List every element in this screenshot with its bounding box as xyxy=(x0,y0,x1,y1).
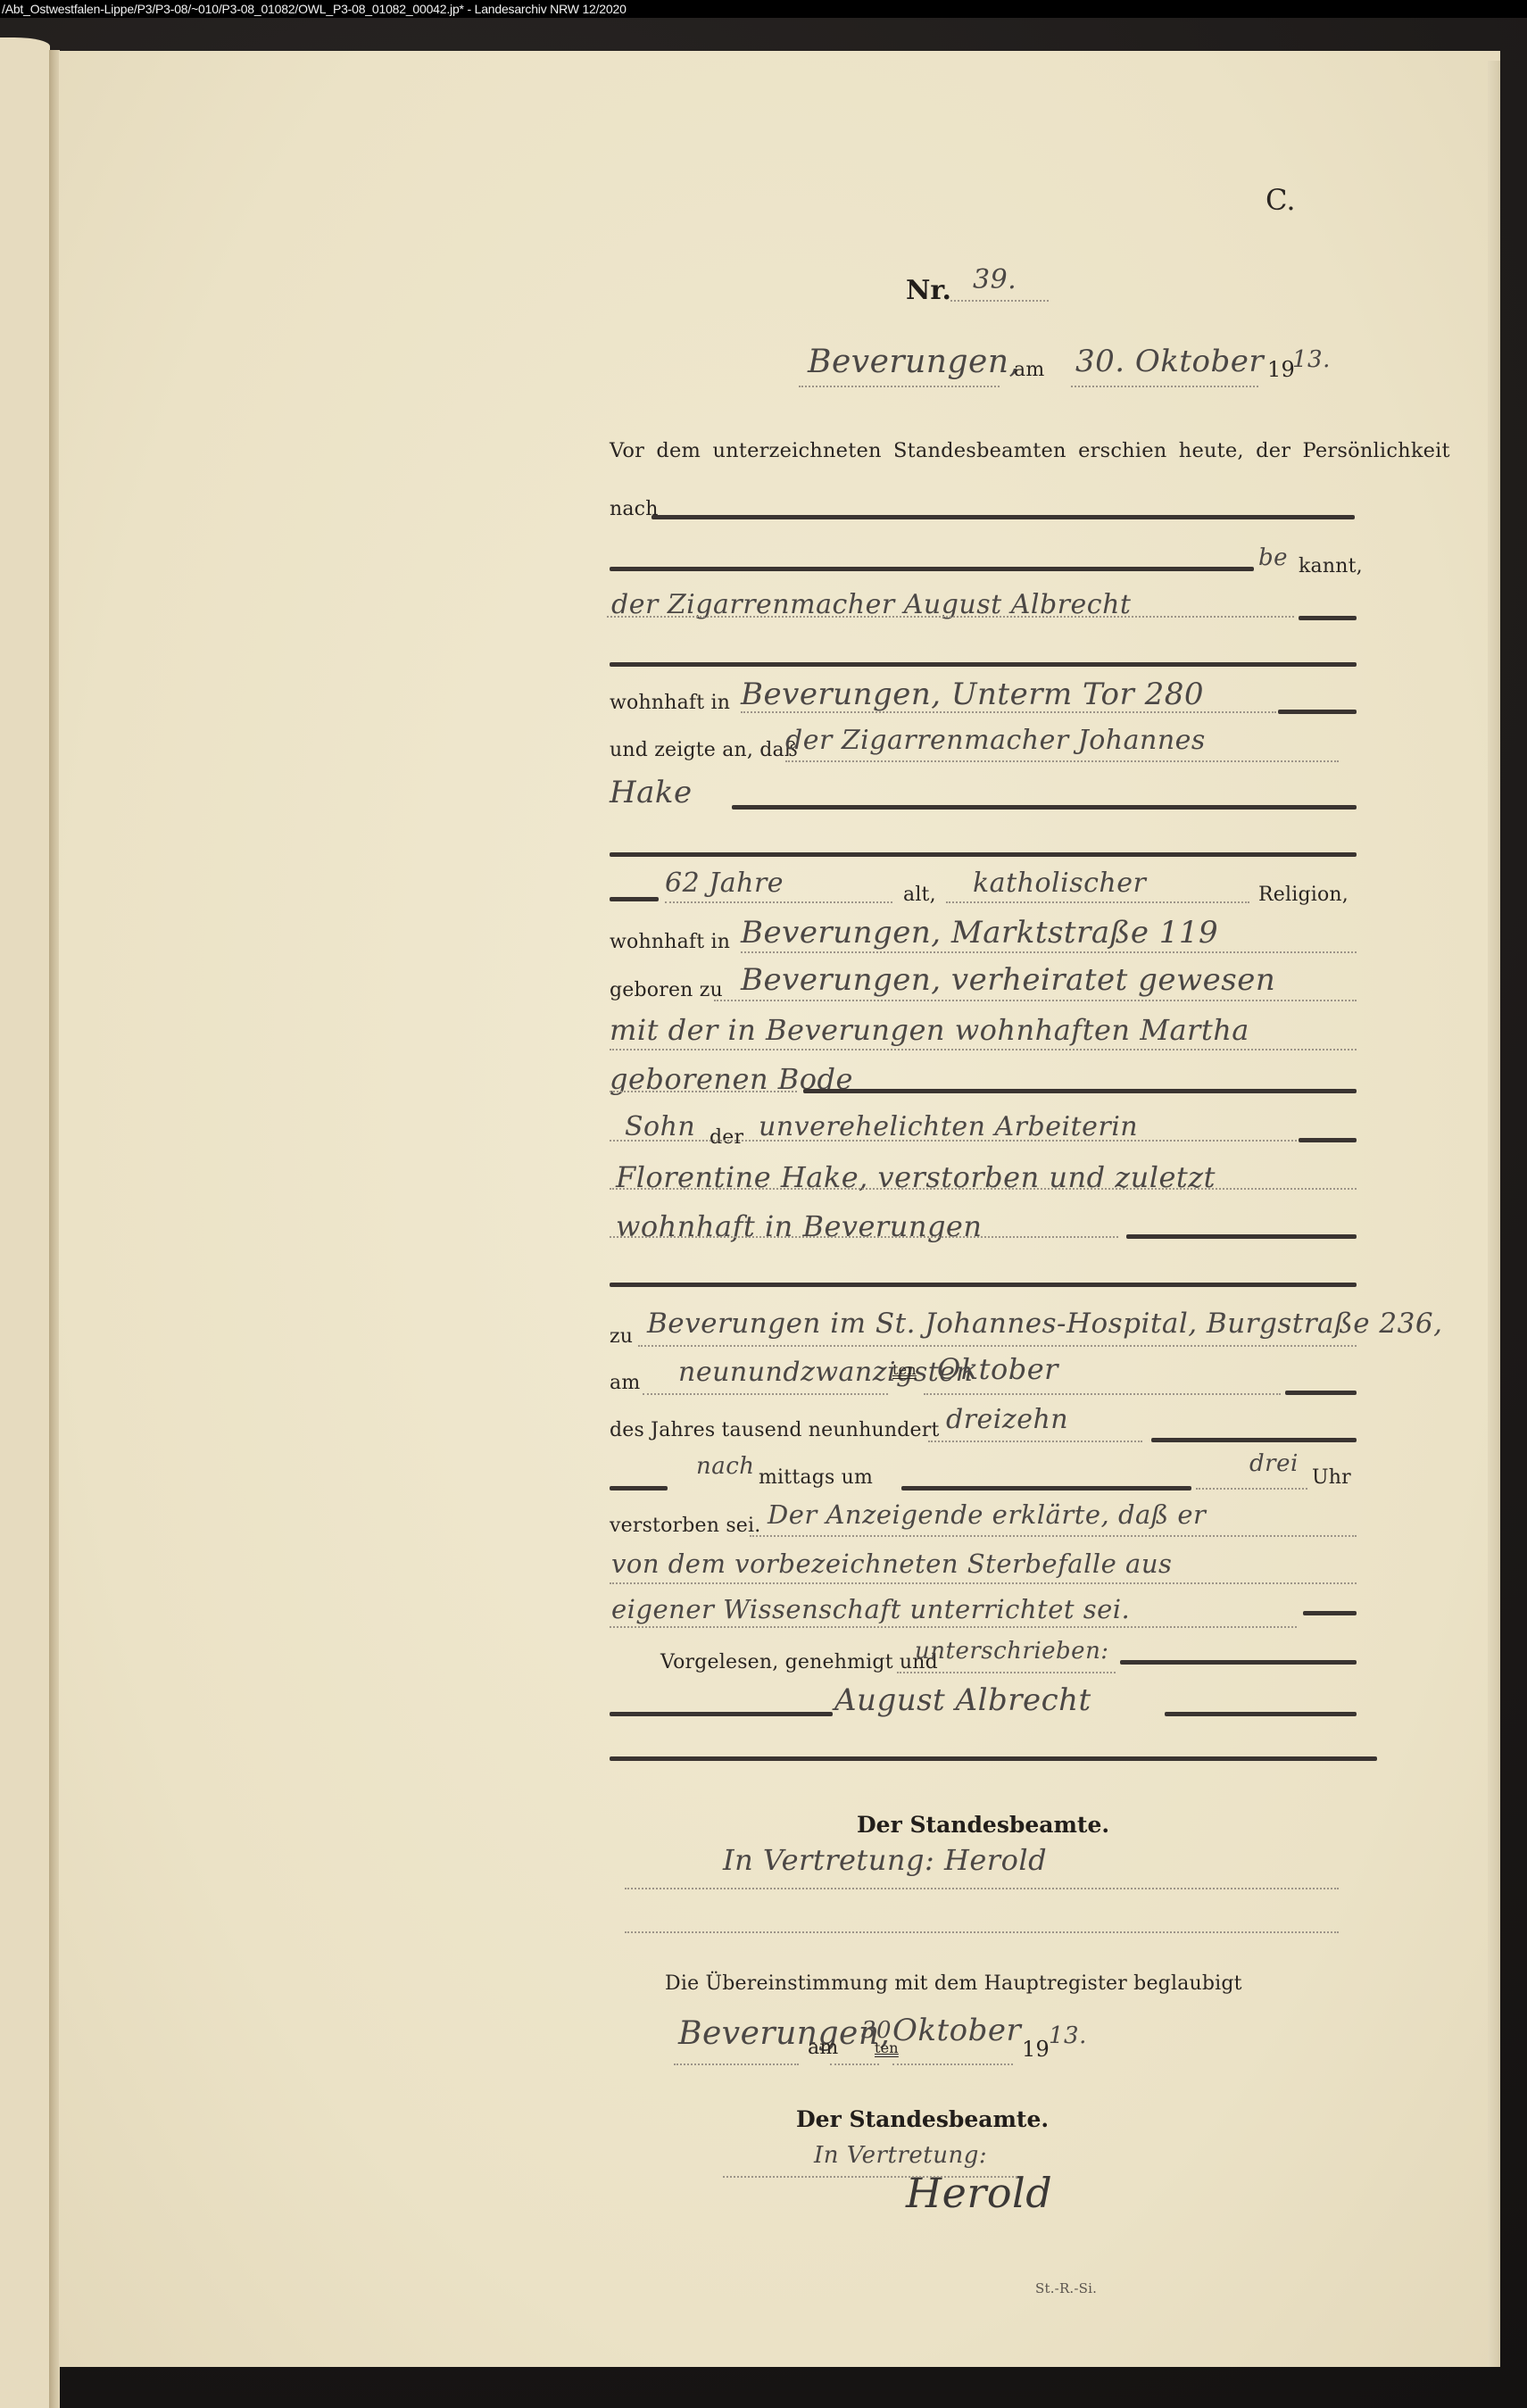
unterschrieben-hand: unterschrieben: xyxy=(915,1638,1109,1665)
statement-line-3: eigener Wissenschaft unterrichtet sei. xyxy=(611,1594,1130,1624)
death-day-dots xyxy=(643,1393,888,1395)
uhr-label: Uhr xyxy=(1312,1466,1351,1489)
religion-label: Religion, xyxy=(1258,884,1349,906)
bekannt-hand: be xyxy=(1258,544,1288,571)
certification-text: Die Übereinstimmung mit dem Hauptregiste… xyxy=(665,1972,1242,1995)
record-place: Beverungen, xyxy=(808,344,1019,380)
residence-dots xyxy=(741,711,1276,713)
ten-label: ten xyxy=(892,1361,917,1378)
statement-line-1: Der Anzeigende erklärte, daß er xyxy=(768,1499,1206,1530)
official-title: Der Standesbeamte. xyxy=(857,1812,1109,1838)
left-page-edge xyxy=(0,37,50,2408)
der-label: der xyxy=(710,1126,743,1149)
cert-year-prefix: 19 xyxy=(1022,2037,1050,2062)
parents-line-3: wohnhaft in Beverungen xyxy=(616,1209,982,1243)
window-title-bar: /Abt_Ostwestfalen-Lippe/P3/P3-08/~010/P3… xyxy=(0,0,1527,18)
blank-rule xyxy=(610,567,1254,571)
cert-year-suffix: 13. xyxy=(1049,2022,1087,2049)
sohn-value: Sohn xyxy=(625,1111,695,1142)
cert-day-dots xyxy=(830,2063,879,2065)
statement-dots xyxy=(750,1535,1357,1537)
cert-place: Beverungen, xyxy=(678,2015,890,2052)
deceased-line-1: der Zigarrenmacher Johannes xyxy=(785,725,1206,756)
geboren-label: geboren zu xyxy=(610,979,723,1001)
blank-rule xyxy=(803,1089,1357,1093)
death-place-dots xyxy=(638,1345,1357,1347)
blank-rule xyxy=(1151,1438,1357,1442)
year-dots xyxy=(928,1441,1142,1442)
deceased-age: 62 Jahre xyxy=(665,868,784,899)
cert-am-label: am xyxy=(808,2037,838,2059)
death-place: Beverungen im St. Johannes-Hospital, Bur… xyxy=(647,1308,1442,1340)
page-right-edge xyxy=(1488,61,1500,2367)
vorgelesen-dots xyxy=(897,1672,1116,1673)
spouse-line-1: mit der in Beverungen wohnhaften Martha xyxy=(610,1013,1249,1047)
date-dots xyxy=(1071,386,1258,387)
blank-rule xyxy=(610,1283,1357,1287)
mittags-hand: nach xyxy=(696,1453,755,1480)
deceased-religion: katholischer xyxy=(973,868,1146,899)
intro-text: Vor dem unterzeichneten Standesbeamten e… xyxy=(610,439,1450,462)
parents-dots xyxy=(610,1140,1297,1142)
cert-place-dots xyxy=(674,2063,799,2065)
jahres-label: des Jahres tausend neunhundert xyxy=(610,1419,939,1441)
blank-rule xyxy=(610,1712,833,1716)
death-month: Oktober xyxy=(937,1352,1058,1386)
blank-rule xyxy=(1278,710,1357,714)
record-year-suffix: 13. xyxy=(1292,346,1331,373)
deceased-dots xyxy=(785,760,1339,762)
statement-line-2: von dem vorbezeichneten Sterbefalle aus xyxy=(611,1549,1172,1579)
informant-residence: Beverungen, Unterm Tor 280 xyxy=(741,677,1204,712)
statement3-dots xyxy=(610,1626,1297,1628)
religion-dots xyxy=(946,901,1249,903)
official2-dots xyxy=(723,2176,1017,2178)
record-year-prefix: 19 xyxy=(1267,357,1295,382)
death-month-dots xyxy=(924,1393,1281,1395)
deceased-residence: Beverungen, Marktstraße 119 xyxy=(741,915,1218,951)
form-code: St.-R.-Si. xyxy=(1035,2280,1097,2296)
record-number-value: 39. xyxy=(973,264,1017,295)
cert-month: Oktober xyxy=(892,2013,1021,2048)
place-dots xyxy=(799,386,1000,387)
zu-label: zu xyxy=(610,1325,633,1348)
hour-dots xyxy=(1196,1488,1307,1490)
blank-rule xyxy=(1303,1611,1357,1615)
parents-line-1: unverehelichten Arbeiterin xyxy=(759,1111,1138,1142)
record-am-label: am xyxy=(1014,359,1044,381)
deceased-line-2: Hake xyxy=(610,775,693,810)
mittags-label: mittags um xyxy=(759,1466,873,1489)
blank-rule xyxy=(1299,1138,1357,1142)
official-dots xyxy=(625,1888,1339,1889)
blank-rule xyxy=(1165,1712,1357,1716)
corner-mark: C. xyxy=(1266,183,1296,217)
official-signature-2-prefix: In Vertretung: xyxy=(814,2142,987,2169)
zeigte-label: und zeigte an, daß xyxy=(610,739,798,761)
blank-rule xyxy=(610,1756,1377,1761)
official-signature: In Vertretung: Herold xyxy=(723,1843,1047,1877)
record-number-dots xyxy=(950,300,1049,302)
verstorben-label: verstorben sei. xyxy=(610,1515,760,1537)
birthplace: Beverungen, verheiratet gewesen xyxy=(741,962,1275,998)
spouse2-dots xyxy=(610,1091,797,1092)
wohnhaft-label: wohnhaft in xyxy=(610,692,730,714)
blank-rule xyxy=(1120,1660,1357,1665)
blank-rule xyxy=(651,515,1355,519)
birthplace-dots xyxy=(714,1000,1357,1001)
age-dots xyxy=(665,901,892,903)
blank-rule xyxy=(610,897,659,901)
bekannt-label: kannt, xyxy=(1299,555,1363,577)
death-year-words: dreizehn xyxy=(946,1404,1068,1435)
wohnhaft2-label: wohnhaft in xyxy=(610,931,730,953)
informant-dots xyxy=(607,616,1294,618)
blank-rule xyxy=(1299,616,1357,620)
blank-rule xyxy=(1285,1391,1357,1395)
am2-label: am xyxy=(610,1372,640,1394)
blank-rule xyxy=(1126,1234,1357,1239)
alt-label: alt, xyxy=(903,884,936,906)
window-title: /Abt_Ostwestfalen-Lippe/P3/P3-08/~010/P3… xyxy=(2,2,627,16)
cert-month-dots xyxy=(892,2063,1013,2065)
residence2-dots xyxy=(741,951,1357,953)
parents2-dots xyxy=(610,1188,1357,1190)
blank-rule xyxy=(732,805,1357,810)
informant-signature: August Albrecht xyxy=(834,1682,1091,1718)
death-hour: drei xyxy=(1249,1450,1299,1477)
record-date: 30. Oktober xyxy=(1075,344,1264,379)
statement2-dots xyxy=(610,1582,1357,1584)
parents3-dots xyxy=(610,1236,1118,1238)
blank-rule xyxy=(610,662,1357,667)
vorgelesen-label: Vorgelesen, genehmigt und xyxy=(660,1651,938,1673)
blank-rule xyxy=(610,1486,668,1490)
official-title-2: Der Standesbeamte. xyxy=(796,2106,1049,2132)
record-number-label: Nr. xyxy=(906,275,951,306)
death-day: neunundzwanzigsten xyxy=(678,1357,973,1388)
blank-rule xyxy=(610,852,1357,857)
blank-rule xyxy=(901,1486,1191,1490)
spouse-dots xyxy=(610,1049,1357,1050)
official-dots-2 xyxy=(625,1931,1339,1933)
